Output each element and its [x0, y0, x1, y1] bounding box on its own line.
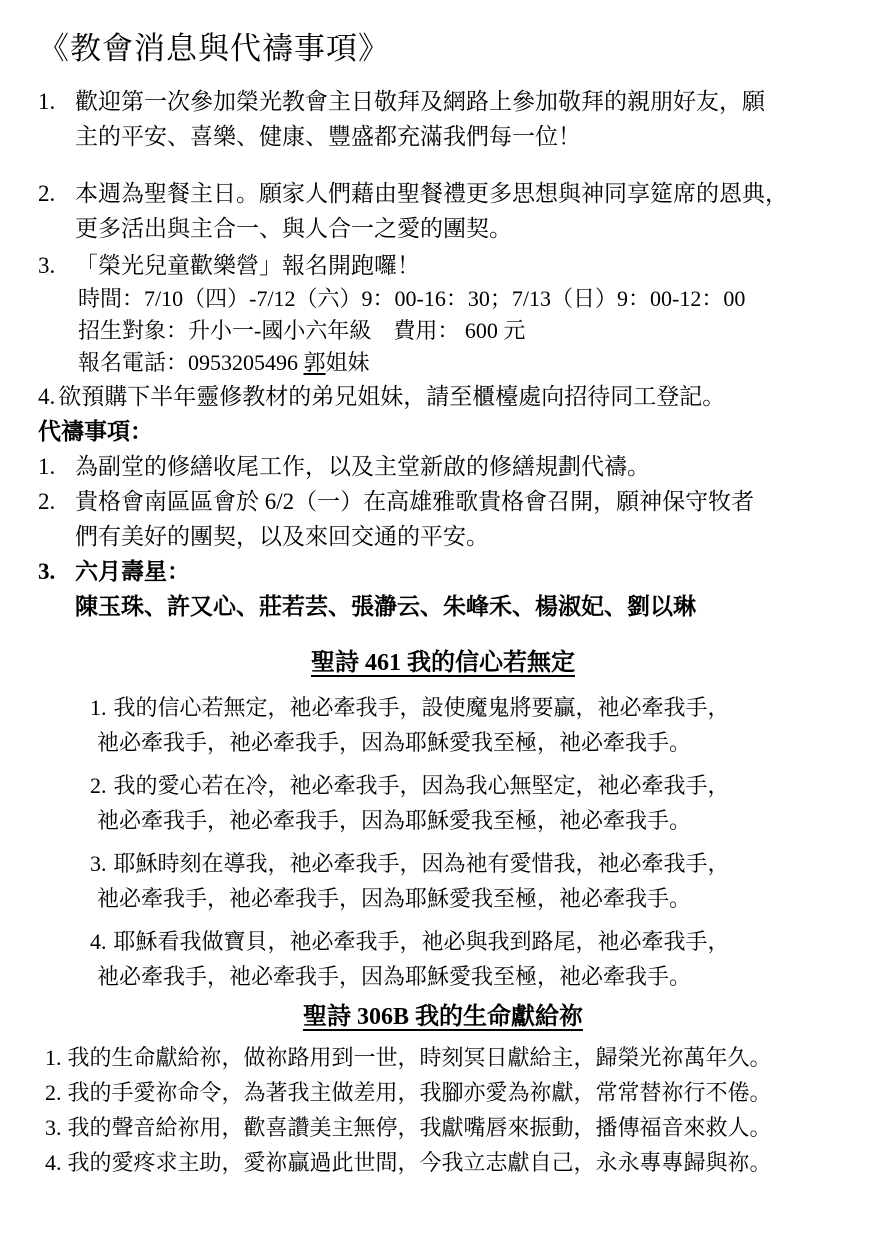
camp-phone-line: 報名電話：0953205496 郭姐妹: [75, 347, 848, 379]
item-text: 歡迎第一次參加榮光教會主日敬拜及網路上參加敬拜的親朋好友，願 主的平安、喜樂、健…: [75, 84, 848, 154]
camp-time-line: 時間：7/10（四）-7/12（六）9：00-16：30；7/13（日）9：00…: [75, 283, 848, 315]
bulletin-page: 《教會消息與代禱事項》 1. 歡迎第一次參加榮光教會主日敬拜及網路上參加敬拜的親…: [0, 0, 878, 1241]
verse-line: 3.耶穌時刻在導我，祂必牽我手，因為祂有愛惜我，祂必牽我手，: [90, 846, 848, 881]
verse-number: 1.: [90, 695, 107, 720]
hymn-line-3: 3.我的聲音給祢用，歡喜讚美主無停，我獻嘴唇來振動，播傳福音來救人。: [38, 1110, 848, 1145]
item-number: 2.: [38, 484, 75, 554]
verse-line: 1.我的信心若無定，祂必牽我手，設使魔鬼將要贏，祂必牽我手，: [90, 690, 848, 725]
announcement-item-3: 3. 「榮光兒童歡樂營」報名開跑囉！ 時間：7/10（四）-7/12（六）9：0…: [38, 248, 848, 379]
camp-target-line: 招生對象：升小一-國小六年級 費用： 600 元: [75, 315, 848, 347]
verse-line: 祂必牽我手，祂必牽我手，因為耶穌愛我至極，祂必牽我手。: [90, 725, 848, 760]
line-text: 我的生命獻給祢，做祢路用到一世，時刻冥日獻給主，歸榮光祢萬年久。: [68, 1045, 772, 1070]
item-line: 本週為聖餐主日。願家人們藉由聖餐禮更多思想與神同享筵席的恩典，: [75, 176, 848, 211]
item-line: 更多活出與主合一、與人合一之愛的團契。: [75, 211, 848, 246]
item-line: 貴格會南區區會於 6/2（一）在高雄雅歌貴格會召開，願神保守牧者: [75, 484, 848, 519]
line-text: 我的愛疼求主助，愛祢贏過此世間，今我立志獻自己，永永專專歸與祢。: [68, 1150, 772, 1175]
item-text: 貴格會南區區會於 6/2（一）在高雄雅歌貴格會召開，願神保守牧者 們有美好的團契…: [75, 484, 848, 554]
hymn-line-4: 4.我的愛疼求主助，愛祢贏過此世間，今我立志獻自己，永永專專歸與祢。: [38, 1145, 848, 1180]
verse-text: 我的愛心若在冷，祂必牽我手，因為我心無堅定，祂必牽我手，: [114, 773, 730, 798]
hymn-section-306b: 聖詩 306B 我的生命獻給祢 1.我的生命獻給祢，做祢路用到一世，時刻冥日獻給…: [38, 1000, 848, 1180]
page-title: 《教會消息與代禱事項》: [38, 26, 848, 72]
item-number: 4.: [38, 384, 55, 409]
hymn-title-text: 聖詩 461 我的信心若無定: [311, 650, 575, 676]
prayer-section: 代禱事項： 1. 為副堂的修繕收尾工作，以及主堂新啟的修繕規劃代禱。 2. 貴格…: [38, 414, 848, 624]
verse-line: 祂必牽我手，祂必牽我手，因為耶穌愛我至極，祂必牽我手。: [90, 881, 848, 916]
prayer-item-2: 2. 貴格會南區區會於 6/2（一）在高雄雅歌貴格會召開，願神保守牧者 們有美好…: [38, 484, 848, 554]
hymn-verse-3: 3.耶穌時刻在導我，祂必牽我手，因為祂有愛惜我，祂必牽我手， 祂必牽我手，祂必牽…: [38, 846, 848, 916]
announcement-item-2: 2. 本週為聖餐主日。願家人們藉由聖餐禮更多思想與神同享筵席的恩典， 更多活出與…: [38, 176, 848, 246]
item-line: 歡迎第一次參加榮光教會主日敬拜及網路上參加敬拜的親朋好友，願: [75, 84, 848, 119]
verse-line: 4.耶穌看我做寶貝，祂必牽我手，祂必與我到路尾，祂必牽我手，: [90, 924, 848, 959]
hymn-line-2: 2.我的手愛祢命令，為著我主做差用，我腳亦愛為祢獻，常常替祢行不倦。: [38, 1075, 848, 1110]
hymn-title-461: 聖詩 461 我的信心若無定: [38, 646, 848, 680]
line-text: 我的聲音給祢用，歡喜讚美主無停，我獻嘴唇來振動，播傳福音來救人。: [68, 1115, 772, 1140]
verse-text: 我的信心若無定，祂必牽我手，設使魔鬼將要贏，祂必牽我手，: [114, 695, 730, 720]
line-number: 4.: [45, 1150, 62, 1175]
item-line: 「榮光兒童歡樂營」報名開跑囉！: [75, 248, 848, 283]
item-number: 3.: [38, 554, 75, 589]
hymn-verse-1: 1.我的信心若無定，祂必牽我手，設使魔鬼將要贏，祂必牽我手， 祂必牽我手，祂必牽…: [38, 690, 848, 760]
item-text: 六月壽星：: [75, 554, 848, 589]
verse-line: 祂必牽我手，祂必牽我手，因為耶穌愛我至極，祂必牽我手。: [90, 959, 848, 994]
line-text: 我的手愛祢命令，為著我主做差用，我腳亦愛為祢獻，常常替祢行不倦。: [68, 1080, 772, 1105]
hymn-verse-4: 4.耶穌看我做寶貝，祂必牽我手，祂必與我到路尾，祂必牽我手， 祂必牽我手，祂必牽…: [38, 924, 848, 994]
item-text: 為副堂的修繕收尾工作，以及主堂新啟的修繕規劃代禱。: [75, 449, 848, 484]
item-number: 1.: [38, 449, 75, 484]
line-number: 1.: [45, 1045, 62, 1070]
camp-phone-label: 報名電話：0953205496: [78, 350, 304, 375]
item-text: 欲預購下半年靈修教材的弟兄姐妹，請至櫃檯處向招待同工登記。: [58, 384, 725, 409]
hymn-verse-2: 2.我的愛心若在冷，祂必牽我手，因為我心無堅定，祂必牽我手， 祂必牽我手，祂必牽…: [38, 768, 848, 838]
announcements-section: 1. 歡迎第一次參加榮光教會主日敬拜及網路上參加敬拜的親朋好友，願 主的平安、喜…: [38, 84, 848, 414]
verse-number: 4.: [90, 929, 107, 954]
verse-number: 2.: [90, 773, 107, 798]
announcement-item-4: 4.欲預購下半年靈修教材的弟兄姐妹，請至櫃檯處向招待同工登記。: [38, 379, 848, 414]
hymn-line-1: 1.我的生命獻給祢，做祢路用到一世，時刻冥日獻給主，歸榮光祢萬年久。: [38, 1040, 848, 1075]
line-number: 2.: [45, 1080, 62, 1105]
item-line: 們有美好的團契，以及來回交通的平安。: [75, 519, 848, 554]
verse-text: 耶穌看我做寶貝，祂必牽我手，祂必與我到路尾，祂必牽我手，: [114, 929, 730, 954]
item-number: 2.: [38, 176, 75, 246]
hymn-title-text: 聖詩 306B 我的生命獻給祢: [303, 1004, 583, 1030]
verse-number: 3.: [90, 851, 107, 876]
camp-contact-suffix: 姐妹: [326, 350, 370, 375]
item-text: 本週為聖餐主日。願家人們藉由聖餐禮更多思想與神同享筵席的恩典， 更多活出與主合一…: [75, 176, 848, 246]
camp-contact-surname: 郭: [304, 350, 326, 375]
line-number: 3.: [45, 1115, 62, 1140]
verse-line: 祂必牽我手，祂必牽我手，因為耶穌愛我至極，祂必牽我手。: [90, 803, 848, 838]
item-text: 「榮光兒童歡樂營」報名開跑囉！ 時間：7/10（四）-7/12（六）9：00-1…: [75, 248, 848, 379]
prayer-item-3: 3. 六月壽星：: [38, 554, 848, 589]
announcement-item-1: 1. 歡迎第一次參加榮光教會主日敬拜及網路上參加敬拜的親朋好友，願 主的平安、喜…: [38, 84, 848, 154]
item-number: 1.: [38, 84, 75, 154]
item-line: 主的平安、喜樂、健康、豐盛都充滿我們每一位！: [75, 119, 848, 154]
prayer-heading: 代禱事項：: [38, 414, 848, 449]
birthday-names: 陳玉珠、許又心、莊若芸、張瀞云、朱峰禾、楊淑妃、劉以琳: [38, 589, 848, 624]
prayer-item-1: 1. 為副堂的修繕收尾工作，以及主堂新啟的修繕規劃代禱。: [38, 449, 848, 484]
hymn-title-306b: 聖詩 306B 我的生命獻給祢: [38, 1000, 848, 1034]
item-number: 3.: [38, 248, 75, 379]
verse-line: 2.我的愛心若在冷，祂必牽我手，因為我心無堅定，祂必牽我手，: [90, 768, 848, 803]
verse-text: 耶穌時刻在導我，祂必牽我手，因為祂有愛惜我，祂必牽我手，: [114, 851, 730, 876]
hymn-section-461: 聖詩 461 我的信心若無定 1.我的信心若無定，祂必牽我手，設使魔鬼將要贏，祂…: [38, 646, 848, 994]
